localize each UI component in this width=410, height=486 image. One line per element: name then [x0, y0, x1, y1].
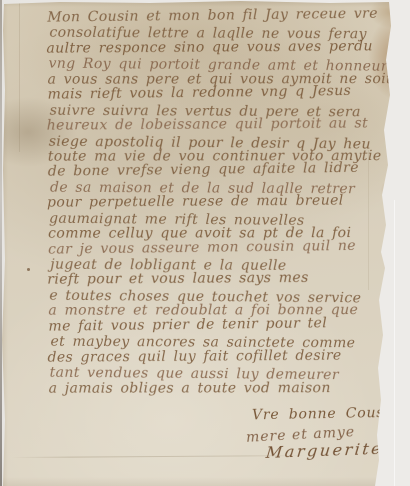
fold-line-vertical-left [19, 2, 20, 152]
manuscript-line: me fait vous prier de tenir pour tel [48, 315, 394, 335]
fold-line-horizontal [12, 455, 304, 458]
signature: Marguerite [265, 439, 384, 462]
manuscript-line: des graces quil luy fait cofillet desire [47, 348, 393, 366]
margin-mark [27, 268, 30, 271]
manuscript-photo: Mon Cousin et mon bon fil Jay receue vre… [0, 0, 410, 486]
letter-paper: Mon Cousin et mon bon fil Jay receue vre… [0, 0, 410, 486]
letter-closing-line: Vre bonne Cousine [252, 405, 409, 424]
manuscript-line: car je vous asseure mon cousin quil ne [48, 238, 394, 258]
manuscript-line: mais rieft vous la redonne vng q Jesus [48, 84, 394, 104]
manuscript-line: de bone vrefse vieng que afaite la lidre [48, 161, 394, 181]
manuscript-line: a jamais obliges a toute vod maison [49, 380, 395, 396]
manuscript-line: heureux de lobeissance quil portoit au s… [47, 116, 393, 134]
manuscript-line: pour perpetuelle ruese de mau breuel [47, 193, 393, 211]
photo-left-edge [0, 0, 2, 486]
manuscript-line: rieft pour et vous laues says mes [47, 271, 393, 289]
background-crease [394, 200, 395, 486]
manuscript-line: aultre responce sino que vous aves perdu [46, 39, 392, 57]
letter-body: Mon Cousin et mon bon fil Jay receue vre… [47, 9, 394, 396]
manuscript-line: Mon Cousin et mon bon fil Jay receue vre [47, 6, 393, 26]
